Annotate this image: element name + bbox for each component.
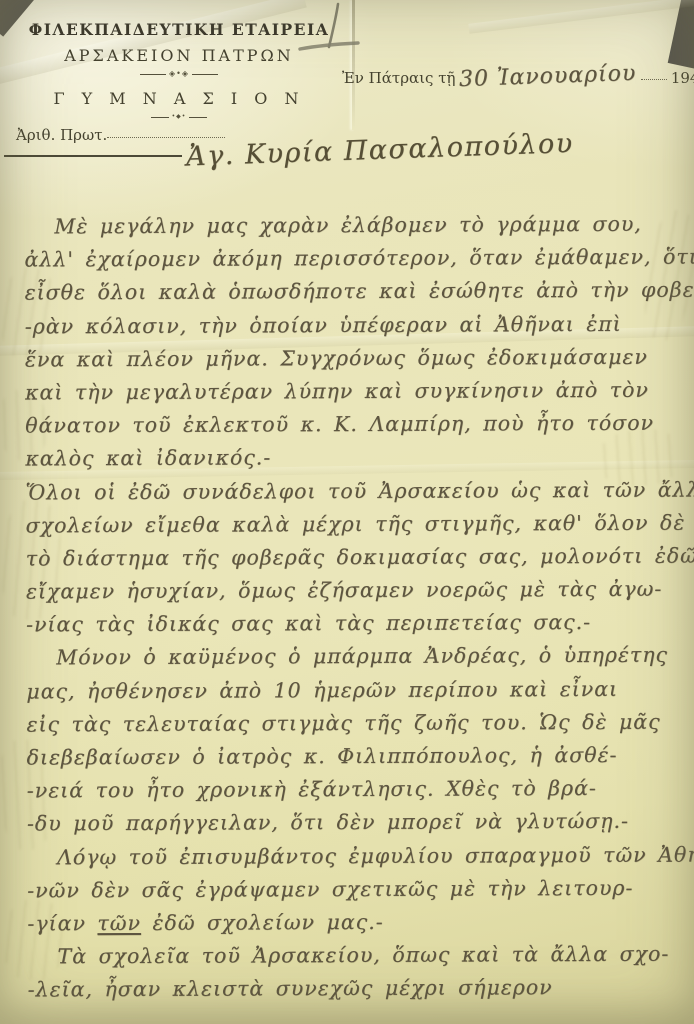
dateline-dotted-leader	[641, 79, 667, 80]
dateline-handwritten-date: 30 Ἰανουαρίου	[459, 61, 637, 92]
handwritten-line: -νίας τὰς ἰδικάς σας καὶ τὰς περιπετείας…	[26, 610, 688, 646]
letterhead: ΦΙΛΕΚΠΑΙΔΕΥΤΙΚΗ ΕΤΑΙΡΕΙΑ ΑΡΣΑΚΕΙΟΝ ΠΑΤΡΩ…	[14, 20, 344, 121]
dateline-printed-year: 194	[671, 69, 694, 87]
handwritten-line: εἰς τὰς τελευταίας στιγμὰς τῆς ζωῆς του.…	[26, 709, 688, 745]
handwritten-line: -δυ μοῦ παρήγγειλαν, ὅτι δὲν μπορεῖ νὰ γ…	[27, 809, 689, 845]
handwritten-line: -νειά του ἦτο χρονικὴ ἐξάντλησις. Χθὲς τ…	[27, 776, 689, 812]
letterhead-department: Γ Υ Μ Ν Α Σ Ι Ο Ν	[14, 89, 344, 108]
handwritten-line: Ὅλοι οἱ ἐδῶ συνάδελφοι τοῦ Ἀρσακείου ὡς …	[25, 477, 687, 513]
letterhead-organization: ΦΙΛΕΚΠΑΙΔΕΥΤΙΚΗ ΕΤΑΙΡΕΙΑ	[14, 20, 344, 39]
handwritten-line: μας, ἠσθένησεν ἀπὸ 10 ἡμερῶν περίπου καὶ…	[26, 676, 688, 712]
body-lines: Μὲ μεγάλην μας χαρὰν ἐλάβομεν τὸ γράμμα …	[24, 212, 689, 1011]
handwritten-line: -γίαν τῶν ἐδῶ σχολείων μας.-	[27, 908, 689, 944]
protocol-dotted-leader	[107, 137, 225, 138]
dateline-printed-prefix: Ἐν Πάτραις τῇ	[342, 69, 455, 87]
handwritten-line: καλὸς καὶ ἰδανικός.-	[25, 444, 687, 480]
handwritten-line: ἀλλ' ἐχαίρομεν ἀκόμη περισσότερον, ὅταν …	[24, 245, 686, 281]
handwritten-line: -νῶν δὲν σᾶς ἐγράψαμεν σχετικῶς μὲ τὴν λ…	[27, 875, 689, 911]
handwritten-line: τὸ διάστημα τῆς φοβερᾶς δοκιμασίας σας, …	[26, 543, 688, 579]
paper-crease	[468, 0, 694, 34]
handwritten-line: -λεῖα, ἦσαν κλειστὰ συνεχῶς μέχρι σήμερο…	[28, 975, 690, 1011]
scanned-letter-page: ΦΙΛΕΚΠΑΙΔΕΥΤΙΚΗ ΕΤΑΙΡΕΙΑ ΑΡΣΑΚΕΙΟΝ ΠΑΤΡΩ…	[0, 0, 694, 1024]
dateline: Ἐν Πάτραις τῇ 30 Ἰανουαρίου 194 5	[342, 60, 690, 89]
handwritten-line: σχολείων εἴμεθα καλὰ μέχρι τῆς στιγμῆς, …	[26, 510, 688, 546]
ornament-divider-icon: ◈•◈	[14, 70, 344, 78]
handwritten-line: Λόγῳ τοῦ ἐπισυμβάντος ἐμφυλίου σπαραγμοῦ…	[27, 842, 689, 878]
protocol-label: Ἀριθ. Πρωτ.	[16, 126, 107, 144]
protocol-underline-rule	[4, 155, 182, 157]
salutation: Ἀγ. Κυρία Πασαλοπούλου	[186, 127, 617, 173]
handwritten-line: εἶσθε ὅλοι καλὰ ὁπωσδήποτε καὶ ἐσώθητε ἀ…	[25, 278, 687, 314]
handwritten-line: -ρὰν κόλασιν, τὴν ὁποίαν ὑπέφεραν αἱ Ἀθῆ…	[25, 311, 687, 347]
handwritten-line: ἕνα καὶ πλέον μῆνα. Συγχρόνως ὅμως ἐδοκι…	[25, 344, 687, 380]
handwritten-line: θάνατον τοῦ ἐκλεκτοῦ κ. Κ. Λαμπίρη, ποὺ …	[25, 411, 687, 447]
handwritten-line: Τὰ σχολεῖα τοῦ Ἀρσακείου, ὅπως καὶ τὰ ἄλ…	[27, 942, 689, 978]
handwritten-line: διεβεβαίωσεν ὁ ἰατρὸς κ. Φιλιππόπουλος, …	[27, 743, 689, 779]
ornament-divider-icon: •◆•	[14, 113, 344, 121]
handwritten-line: Μόνον ὁ καϋμένος ὁ μπάρμπα Ἀνδρέας, ὁ ὑπ…	[26, 643, 688, 679]
handwritten-line: Μὲ μεγάλην μας χαρὰν ἐλάβομεν τὸ γράμμα …	[24, 212, 686, 248]
handwritten-line: καὶ τὴν μεγαλυτέραν λύπην καὶ συγκίνησιν…	[25, 377, 687, 413]
handwritten-line: εἴχαμεν ἡσυχίαν, ὅμως ἐζήσαμεν νοερῶς μὲ…	[26, 577, 688, 613]
letterhead-institution: ΑΡΣΑΚΕΙΟΝ ΠΑΤΡΩΝ	[14, 46, 344, 65]
